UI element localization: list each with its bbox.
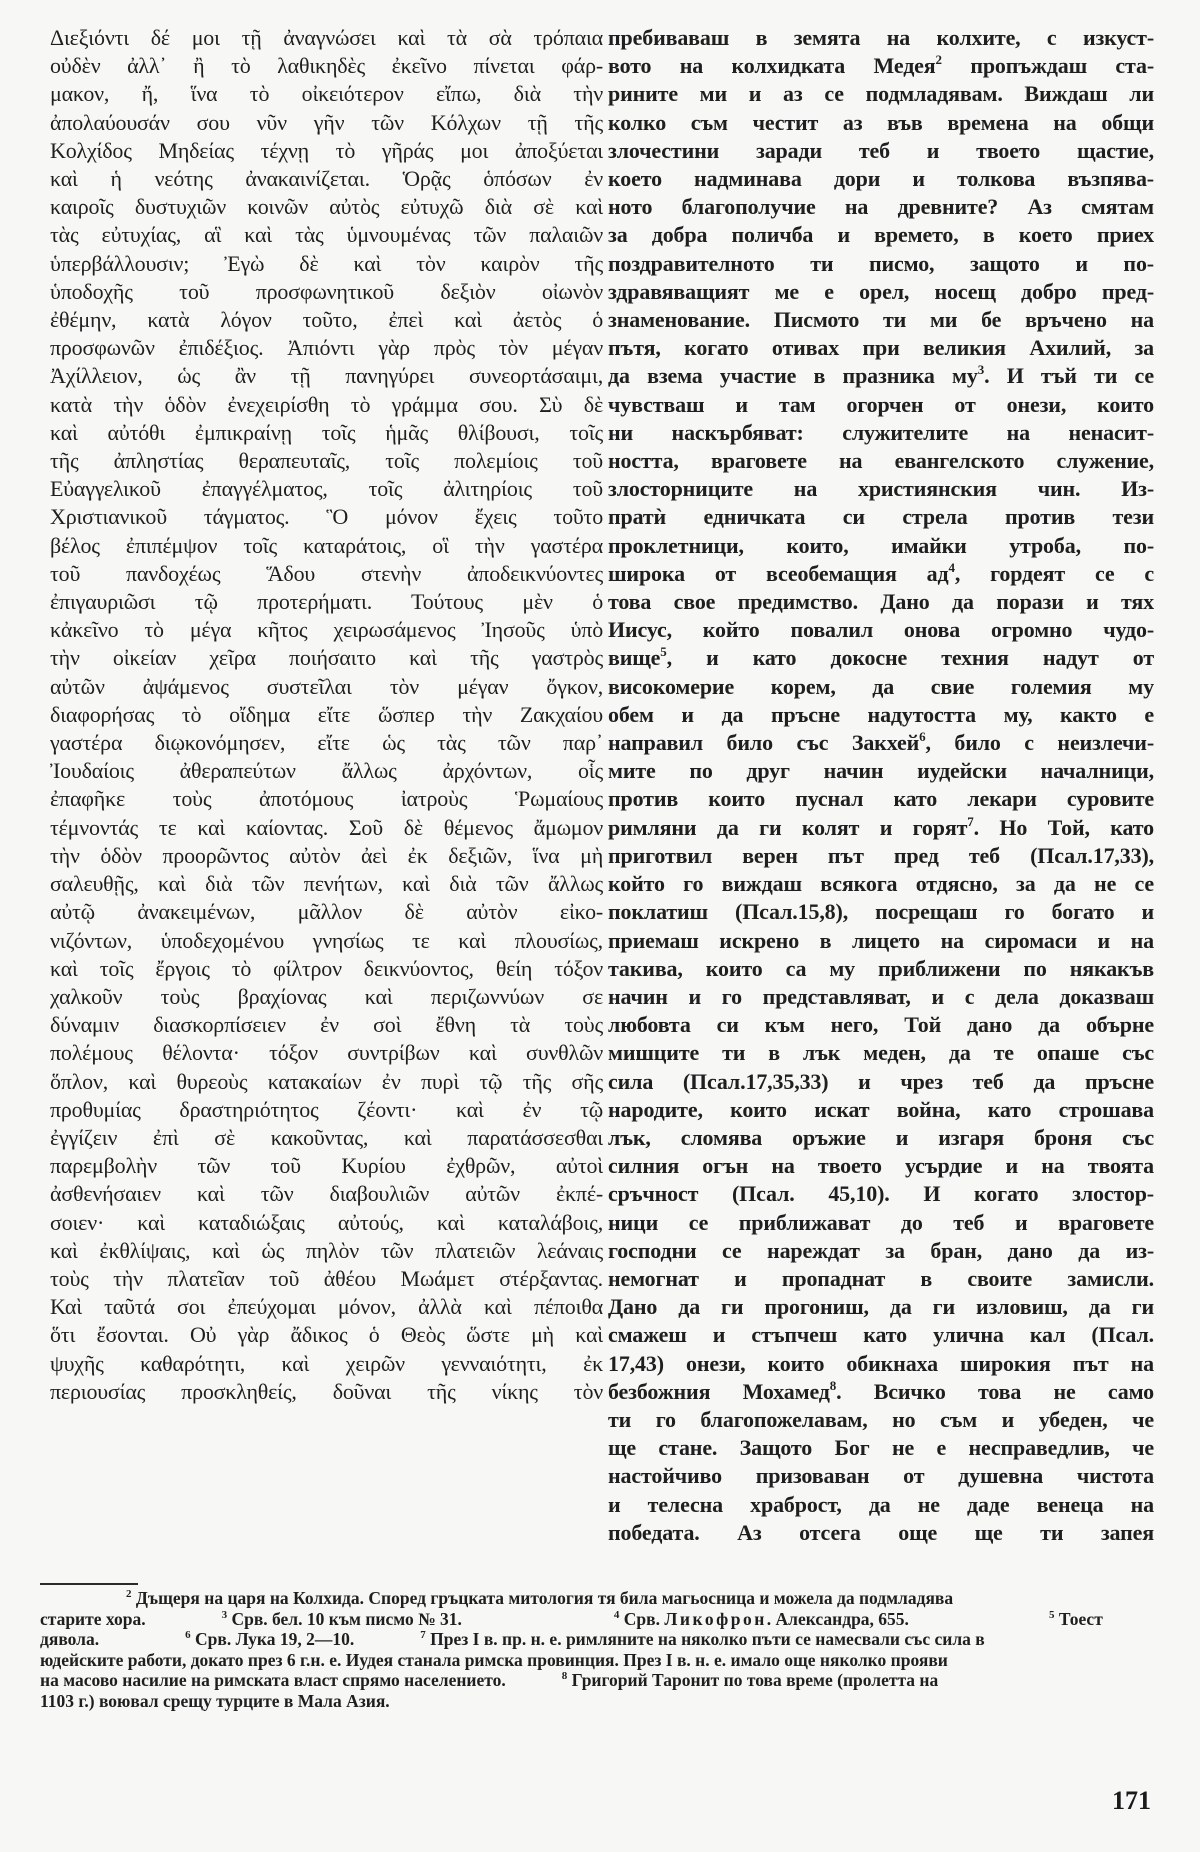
greek-text-line: ὅπλον, καὶ θυρεοὺς κατακαίων ἐν πυρὶ τῷ … (50, 1068, 603, 1096)
footnote-line: дявола.6 Срв. Лука 19, 2—10.7 През I в. … (40, 1629, 1152, 1650)
bulgarian-text-line: и телесна храброст, да не даде венеца на (608, 1491, 1154, 1519)
bulgarian-text-line: мите по друг начин иудейски началници, (608, 757, 1154, 785)
greek-text-line: βέλος ἐπιπέμψον τοῖς καταράτοις, οἳ τὴν … (50, 532, 603, 560)
footnote-5: 5 Тоест (1049, 1609, 1103, 1629)
bulgarian-text-line: приготвил верен път пред теб (Псал.17,33… (608, 842, 1154, 870)
bulgarian-text-line: ността, враговете на евангелското служен… (608, 447, 1154, 475)
bulgarian-text-line: пребиваваш в земята на колхите, с изкуст… (608, 24, 1154, 52)
bulgarian-text-line: злочестини заради теб и твоето щастие, (608, 137, 1154, 165)
greek-text-line: σαλευθῇς, καὶ διὰ τῶν πενήτων, καὶ διὰ τ… (50, 870, 603, 898)
footnote-2: 2 Дъщеря на царя на Колхида. Според гръц… (126, 1588, 953, 1608)
greek-text-line: αὐτῷ ἀνακειμένων, μᾶλλον δὲ αὐτὸν εἰκο- (50, 898, 603, 926)
bulgarian-text-line: поздравителното ти писмо, защото и по- (608, 250, 1154, 278)
greek-text-column: Διεξιόντι δέ μοι τῇ ἀναγνώσει καὶ τὰ σὰ … (50, 24, 603, 1406)
bulgarian-text-line: рините ми и аз се подмладявам. Виждаш ли (608, 80, 1154, 108)
bulgarian-text-line: мишците ти в лък меден, да те опаше със (608, 1039, 1154, 1067)
footnote-line: старите хора.3 Срв. бел. 10 към писмо № … (40, 1609, 1152, 1630)
greek-text-line: ὅτι ἔσονται. Οὐ γὰρ ἄδικος ὁ Θεὸς ὥστε μ… (50, 1321, 603, 1349)
footnote-7: 7 През I в. пр. н. е. римляните на някол… (420, 1629, 985, 1649)
bulgarian-text-line: приемаш искрено в лицето на сиромаси и н… (608, 927, 1154, 955)
bulgarian-text-line: високомерие корем, да свие големия му (608, 673, 1154, 701)
footnote-4: 4 Срв. Ликофрон. Александра, 655. (614, 1609, 909, 1629)
bulgarian-text-line: сила (Псал.17,35,33) и чрез теб да пръсн… (608, 1068, 1154, 1096)
bulgarian-text-line: такива, които са му приближени по някакъ… (608, 955, 1154, 983)
bulgarian-text-line: направил било със Закхей6, било с неизле… (608, 729, 1154, 757)
greek-text-line: περιουσίας προσκληθείς, δοῦναι τῆς νίκης… (50, 1378, 603, 1406)
greek-text-line: καὶ ἡ νεότης ἀνακαινίζεται. Ὁρᾷς ὁπόσων … (50, 165, 603, 193)
bulgarian-text-line: обем и да пръсне надутостта му, както е (608, 701, 1154, 729)
bulgarian-text-line: което надминава дори и толкова възпява- (608, 165, 1154, 193)
bulgarian-text-line: вище5, и като докосне техния надут от (608, 644, 1154, 672)
greek-text-line: ὑπερβάλλουσιν; Ἐγὼ δὲ καὶ τὸν καιρὸν τῆς (50, 250, 603, 278)
bulgarian-text-line: пратѝ едничката си стрела против тези (608, 503, 1154, 531)
greek-text-line: τοὺς τὴν πλατεῖαν τοῦ ἀθέου Μωάμετ στέρξ… (50, 1265, 603, 1293)
footnote-line: 1103 г.) воювал срещу турците в Мала Ази… (40, 1691, 1152, 1712)
greek-text-line: Διεξιόντι δέ μοι τῇ ἀναγνώσει καὶ τὰ σὰ … (50, 24, 603, 52)
greek-text-line: τέμνοντάς τε καὶ καίοντας. Σοῦ δὲ θέμενο… (50, 814, 603, 842)
greek-text-line: ὑποδοχῆς τοῦ προσφωνητικοῦ δεξιὸν οἰωνὸν (50, 278, 603, 306)
greek-text-line: ἐθέμην, κατὰ λόγον τοῦτο, ἐπεὶ καὶ ἀετὸς… (50, 306, 603, 334)
bulgarian-text-line: любовта си към него, Той дано да обърне (608, 1011, 1154, 1039)
greek-text-line: ἀσθενήσαιεν καὶ τῶν διαβουλιῶν αὐτῶν ἐκπ… (50, 1180, 603, 1208)
page-number: 171 (1112, 1786, 1151, 1816)
greek-text-line: ψυχῆς καθαρότητι, καὶ χειρῶν γενναιότητι… (50, 1350, 603, 1378)
greek-text-line: κατὰ τὴν ὁδὸν ἐνεχειρίσθη τὸ γράμμα σου.… (50, 391, 603, 419)
bulgarian-text-line: сръчност (Псал. 45,10). И когато злостор… (608, 1180, 1154, 1208)
bulgarian-text-line: да взема участие в празника му3. И тъй т… (608, 362, 1154, 390)
greek-text-line: ἐγγίζειν ἐπὶ σὲ κακοῦντας, καὶ παρατάσσε… (50, 1124, 603, 1152)
bulgarian-text-line: знаменование. Писмото ти ми бе връчено н… (608, 306, 1154, 334)
greek-text-line: Ἰουδαίοις ἀθεραπεύτων ἄλλως ἀρχόντων, οἷ… (50, 757, 603, 785)
bulgarian-text-line: немогнат и пропаднат в своите замисли. (608, 1265, 1154, 1293)
bulgarian-text-line: лък, сломява оръжие и изгаря броня със (608, 1124, 1154, 1152)
bulgarian-text-line: вото на колхидката Медея2 пропъждаш ста- (608, 52, 1154, 80)
bulgarian-text-line: господни се нареждат за бран, дано да из… (608, 1237, 1154, 1265)
bulgarian-text-line: смажеш и стъпчеш като улична кал (Псал. (608, 1321, 1154, 1349)
bulgarian-text-line: проклетници, които, имайки утроба, по- (608, 532, 1154, 560)
greek-text-line: Καὶ ταῦτά σοι ἐπεύχομαι μόνον, ἀλλὰ καὶ … (50, 1293, 603, 1321)
bulgarian-text-line: 17,43) онези, които обикнаха широкия път… (608, 1350, 1154, 1378)
greek-text-line: τῆς ἀπληστίας θεραπευταῖς, τοῖς πολεμίοι… (50, 447, 603, 475)
bulgarian-text-line: победата. Аз отсега още ще ти запея (608, 1519, 1154, 1547)
footnote-8: 8 Григорий Таронит по това време (пролет… (562, 1670, 938, 1690)
footnote-line: 2 Дъщеря на царя на Колхида. Според гръц… (40, 1588, 1152, 1609)
greek-text-line: σοιεν· καὶ καταδιώξαις αὐτούς, καὶ καταλ… (50, 1209, 603, 1237)
bulgarian-text-line: римляни да ги колят и горят7. Но Той, ка… (608, 814, 1154, 842)
bulgarian-text-line: това свое предимство. Дано да порази и т… (608, 588, 1154, 616)
bulgarian-text-line: пътя, когато отивах при великия Ахилий, … (608, 334, 1154, 362)
bulgarian-text-line: Иисус, който повалил онова огромно чудо- (608, 616, 1154, 644)
greek-text-line: κἀκεῖνο τὸ μέγα κῆτος χειρωσάμενος Ἰησοῦ… (50, 616, 603, 644)
footnote-line: на масово насилие на римската власт спря… (40, 1670, 1152, 1691)
bulgarian-text-line: чувстваш и там огорчен от онези, които (608, 391, 1154, 419)
bulgarian-text-line: който го виждаш всякога отдясно, за да н… (608, 870, 1154, 898)
greek-text-line: χαλκοῦν τοὺς βραχίονας καὶ περιζωννύων σ… (50, 983, 603, 1011)
greek-text-line: ἐπαφῆκε τοὺς ἀποτόμους ἰατροὺς Ῥωμαίους (50, 785, 603, 813)
greek-text-line: αὐτῶν ἀψάμενος συστεῖλαι τὸν μέγαν ὄγκον… (50, 673, 603, 701)
greek-text-line: τὴν ὁδὸν προορῶντος αὐτὸν ἀεὶ ἐκ δεξιῶν,… (50, 842, 603, 870)
footnote-line: юдейските работи, докато през 6 г.н. е. … (40, 1650, 1152, 1671)
bulgarian-text-line: силния огън на твоето усърдие и на твоят… (608, 1152, 1154, 1180)
greek-text-line: τοῦ πανδοχέως Ἅδου στενὴν ἀποδεικνύοντες (50, 560, 603, 588)
bulgarian-text-line: народите, които искат война, като строша… (608, 1096, 1154, 1124)
greek-text-line: νιζόντων, ὑποδεχομένου γνησίως τε καὶ πλ… (50, 927, 603, 955)
greek-text-line: Εὐαγγελικοῦ ἐπαγγέλματος, τοῖς ἀλιτηρίοι… (50, 475, 603, 503)
greek-text-line: καὶ τοῖς ἔργοις τὸ φίλτρον δεικνύοντος, … (50, 955, 603, 983)
bulgarian-text-line: настойчиво призоваван от душевна чистота (608, 1462, 1154, 1490)
greek-text-line: Κολχίδος Μηδείας τέχνῃ τὸ γῆράς μοι ἀποξ… (50, 137, 603, 165)
footnote-6: 6 Срв. Лука 19, 2—10. (185, 1629, 354, 1649)
bulgarian-text-line: ното благополучие на древните? Аз смятам (608, 193, 1154, 221)
footnote-separator (40, 1583, 138, 1585)
greek-text-line: δύναμιν διασκορπίσειεν ἐν σοὶ ἔθνη τὰ το… (50, 1011, 603, 1039)
bulgarian-text-line: злосторниците на християнския чин. Из- (608, 475, 1154, 503)
bulgarian-text-line: Дано да ги прогониш, да ги изловиш, да г… (608, 1293, 1154, 1321)
greek-text-line: προθυμίας δραστηριότητος ζέοντι· καὶ ἐν … (50, 1096, 603, 1124)
greek-text-line: μακον, ἤ, ἵνα τὸ οἰκειότερον εἴπω, διὰ τ… (50, 80, 603, 108)
greek-text-line: προσφωνῶν ἐπιδέξιος. Ἀπιόντι γὰρ πρὸς τὸ… (50, 334, 603, 362)
footnote-3: 3 Срв. бел. 10 към писмо № 31. (222, 1609, 462, 1629)
bulgarian-text-line: здравяващият ме е орел, носещ добро пред… (608, 278, 1154, 306)
bulgarian-text-line: колко съм честит аз във времена на общи (608, 109, 1154, 137)
bulgarian-text-line: начин и го представляват, и с дела доказ… (608, 983, 1154, 1011)
bulgarian-text-line: поклатиш (Псал.15,8), посрещаш го богато… (608, 898, 1154, 926)
greek-text-line: ἐπιγαυριῶσι τῷ προτερήματι. Τούτους μὲν … (50, 588, 603, 616)
greek-text-line: οὐδὲν ἀλλ᾽ ἢ τὸ λαθικηδὲς ἐκεῖνο πίνεται… (50, 52, 603, 80)
greek-text-line: πολέμους θέλοντα· τόξον συντρίβων καὶ συ… (50, 1039, 603, 1067)
bulgarian-text-line: ни наскърбяват: служителите на ненасит- (608, 419, 1154, 447)
greek-text-line: Ἀχίλλειον, ὡς ἂν τῇ πανηγύρει συνεορτάσα… (50, 362, 603, 390)
bulgarian-text-line: ще стане. Защото Бог не е несправедлив, … (608, 1434, 1154, 1462)
greek-text-line: διαφορήσας τὸ οἴδημα εἴτε ὥσπερ τὴν Ζακχ… (50, 701, 603, 729)
greek-text-line: καιροῖς δυστυχιῶν κοινῶν αὐτὸς εὐτυχῶ δι… (50, 193, 603, 221)
greek-text-line: παρεμβολὴν τῶν τοῦ Κυρίου ἐχθρῶν, αὐτοὶ (50, 1152, 603, 1180)
greek-text-line: τὰς εὐτυχίας, αἳ καὶ τὰς ὑμνουμένας τῶν … (50, 221, 603, 249)
bulgarian-text-line: за добра поличба и времето, в което прие… (608, 221, 1154, 249)
greek-text-line: Χριστιανικοῦ τάγματος. Ὃ μόνον ἔχεις τοῦ… (50, 503, 603, 531)
bulgarian-text-line: ници се приближават до теб и враговете (608, 1209, 1154, 1237)
greek-text-line: τὴν οἰκείαν χεῖρα ποιήσαιτο καὶ τῆς γαστ… (50, 644, 603, 672)
bulgarian-text-line: ти го благопожелавам, но съм и убеден, ч… (608, 1406, 1154, 1434)
bulgarian-text-line: широка от всеобемащия ад4, гордеят се с (608, 560, 1154, 588)
greek-text-line: καὶ αὐτόθι ἐμπικραίνῃ τοῖς ἡμᾶς θλίβουσι… (50, 419, 603, 447)
footnotes: 2 Дъщеря на царя на Колхида. Според гръц… (40, 1588, 1152, 1712)
greek-text-line: γαστέρα διῳκονόμησεν, εἴτε ὡς τὰς τῶν πα… (50, 729, 603, 757)
bulgarian-text-line: против които пуснал като лекари суровите (608, 785, 1154, 813)
greek-text-line: καὶ ἐκθλίψαις, καὶ ὡς πηλὸν τῶν πλατειῶν… (50, 1237, 603, 1265)
bulgarian-text-line: безбожния Мохамед8. Всичко това не само (608, 1378, 1154, 1406)
bulgarian-translation-column: пребиваваш в земята на колхите, с изкуст… (608, 24, 1154, 1547)
greek-text-line: ἀπολαύουσάν σου νῦν γῆν τῶν Κόλχων τῇ τῆ… (50, 109, 603, 137)
